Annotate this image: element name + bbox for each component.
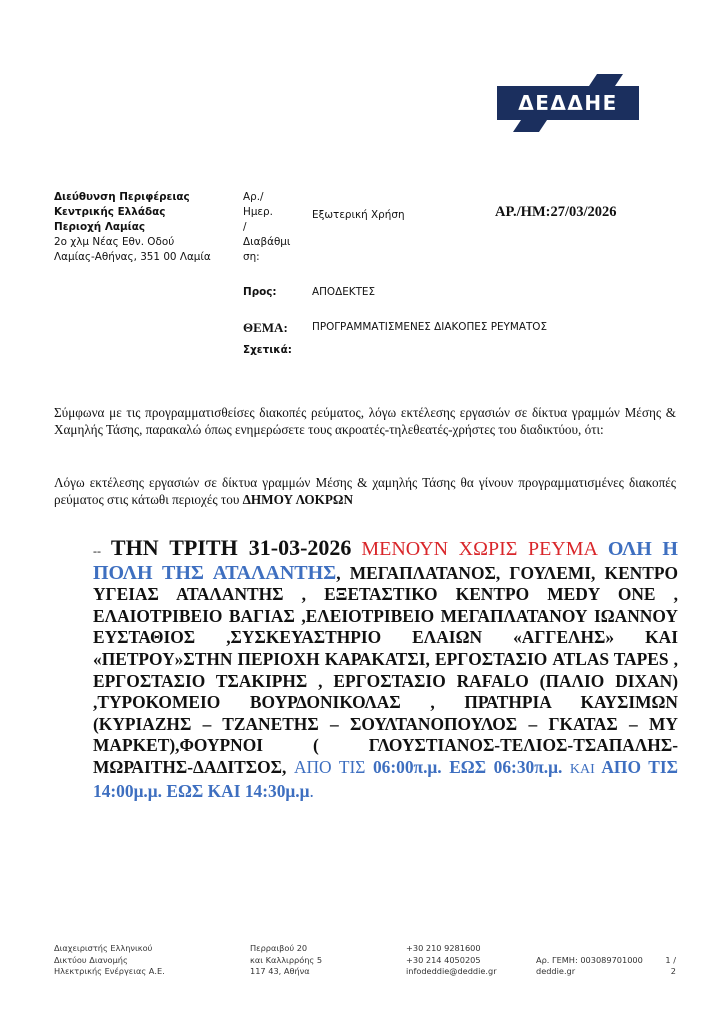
footer-line: Περραιβού 20 — [250, 943, 322, 955]
footer-line: Δικτύου Διανομής — [54, 955, 165, 967]
sender-region: Κεντρικής Ελλάδας — [54, 205, 211, 220]
footer-phone: +30 210 9281600 — [406, 943, 497, 955]
footer-line: 117 43, Αθήνα — [250, 966, 322, 978]
footer-page-number: 1 / 2 — [660, 943, 676, 978]
and-label: ΚΑΙ — [570, 762, 595, 777]
meta-label-line: ση: — [243, 250, 293, 265]
no-power-notice: ΜΕΝΟΥΝ ΧΩΡΙΣ ΡΕΥΜΑ — [361, 538, 598, 560]
time2-start: 14:00μ.μ. — [93, 781, 162, 801]
outage-announcement: -- ΤΗΝ ΤΡΙΤΗ 31-03-2026 ΜΕΝΟΥΝ ΧΩΡΙΣ ΡΕΥ… — [93, 537, 678, 802]
affected-areas: , ΜΕΓΑΠΛΑΤΑΝΟΣ, ΓΟΥΛΕΜΙ, ΚΕΝΤΡΟ ΥΓΕΙΑΣ Α… — [93, 563, 678, 777]
footer-line: Διαχειριστής Ελληνικού — [54, 943, 165, 955]
sender-address-line1: 2ο χλμ Νέας Εθν. Οδού — [54, 235, 211, 250]
recipients-value: ΑΠΟΔΕΚΤΕΣ — [312, 286, 375, 298]
footer-registry: Αρ. ΓΕΜΗ: 003089701000 deddie.gr — [536, 943, 643, 978]
sender-block: Διεύθυνση Περιφέρειας Κεντρικής Ελλάδας … — [54, 190, 211, 265]
sender-area: Περιοχή Λαμίας — [54, 220, 211, 235]
reference-date: ΑΡ./ΗΜ:27/03/2026 — [495, 204, 617, 221]
meta-label-line: / — [243, 220, 293, 235]
footer-line: και Καλλιρρόης 5 — [250, 955, 322, 967]
page-total: 2 — [660, 966, 676, 978]
time2-end: 14:30μ.μ — [245, 781, 310, 801]
footer-contact: +30 210 9281600 +30 214 4050205 infodedd… — [406, 943, 497, 978]
footer-company: Διαχειριστής Ελληνικού Δικτύου Διανομής … — [54, 943, 165, 978]
time1-end: 06:30π.μ. — [494, 757, 563, 777]
time-label: ΑΠΟ ΤΙΣ — [601, 757, 678, 777]
sender-division: Διεύθυνση Περιφέρειας — [54, 190, 211, 205]
footer-phone: +30 214 4050205 — [406, 955, 497, 967]
time-label: ΑΠΟ ΤΙΣ — [294, 757, 365, 777]
classification-value: Εξωτερική Χρήση — [312, 209, 405, 221]
works-text: Λόγω εκτέλεσης εργασιών σε δίκτυα γραμμώ… — [54, 475, 676, 507]
deddie-logo: ΔΕΔΔΗΕ — [493, 74, 643, 132]
footer-gemi: Αρ. ΓΕΜΗ: 003089701000 — [536, 955, 643, 967]
related-label: Σχετικά: — [243, 344, 292, 356]
document-page: ΔΕΔΔΗΕ Διεύθυνση Περιφέρειας Κεντρικής Ε… — [0, 0, 725, 1024]
time-label: ΕΩΣ ΚΑΙ — [166, 781, 240, 801]
subject-label: ΘΕΜΑ: — [243, 320, 288, 336]
recipients-label: Προς: — [243, 286, 277, 298]
footer-website[interactable]: deddie.gr — [536, 966, 643, 978]
works-paragraph: Λόγω εκτέλεσης εργασιών σε δίκτυα γραμμώ… — [54, 474, 676, 508]
svg-text:ΔΕΔΔΗΕ: ΔΕΔΔΗΕ — [518, 91, 618, 115]
footer-email[interactable]: infodeddie@deddie.gr — [406, 966, 497, 978]
page-number: 1 / — [660, 955, 676, 967]
dash-marker: -- — [93, 544, 101, 558]
end-period: . — [309, 781, 313, 801]
logo-badge-icon: ΔΕΔΔΗΕ — [493, 74, 643, 132]
time-label: ΕΩΣ — [449, 757, 486, 777]
sender-address-line2: Λαμίας-Αθήνας, 351 00 Λαμία — [54, 250, 211, 265]
subject-value: ΠΡΟΓΡΑΜΜΑΤΙΣΜΕΝΕΣ ΔΙΑΚΟΠΕΣ ΡΕΥΜΑΤΟΣ — [312, 321, 547, 333]
municipality-name: ΔΗΜΟΥ ΛΟΚΡΩΝ — [243, 492, 353, 507]
meta-label-line: Διαβάθμι — [243, 235, 293, 250]
outage-date: ΤΗΝ ΤΡΙΤΗ 31-03-2026 — [111, 535, 352, 560]
intro-paragraph: Σύμφωνα με τις προγραμματισθείσες διακοπ… — [54, 404, 676, 438]
ref-classification-label: Αρ./Ημερ. / Διαβάθμι ση: — [243, 190, 293, 265]
time1-start: 06:00π.μ. — [373, 757, 442, 777]
footer-address: Περραιβού 20 και Καλλιρρόης 5 117 43, Αθ… — [250, 943, 322, 978]
footer-line: Ηλεκτρικής Ενέργειας Α.Ε. — [54, 966, 165, 978]
meta-label-line: Αρ./Ημερ. — [243, 190, 293, 220]
